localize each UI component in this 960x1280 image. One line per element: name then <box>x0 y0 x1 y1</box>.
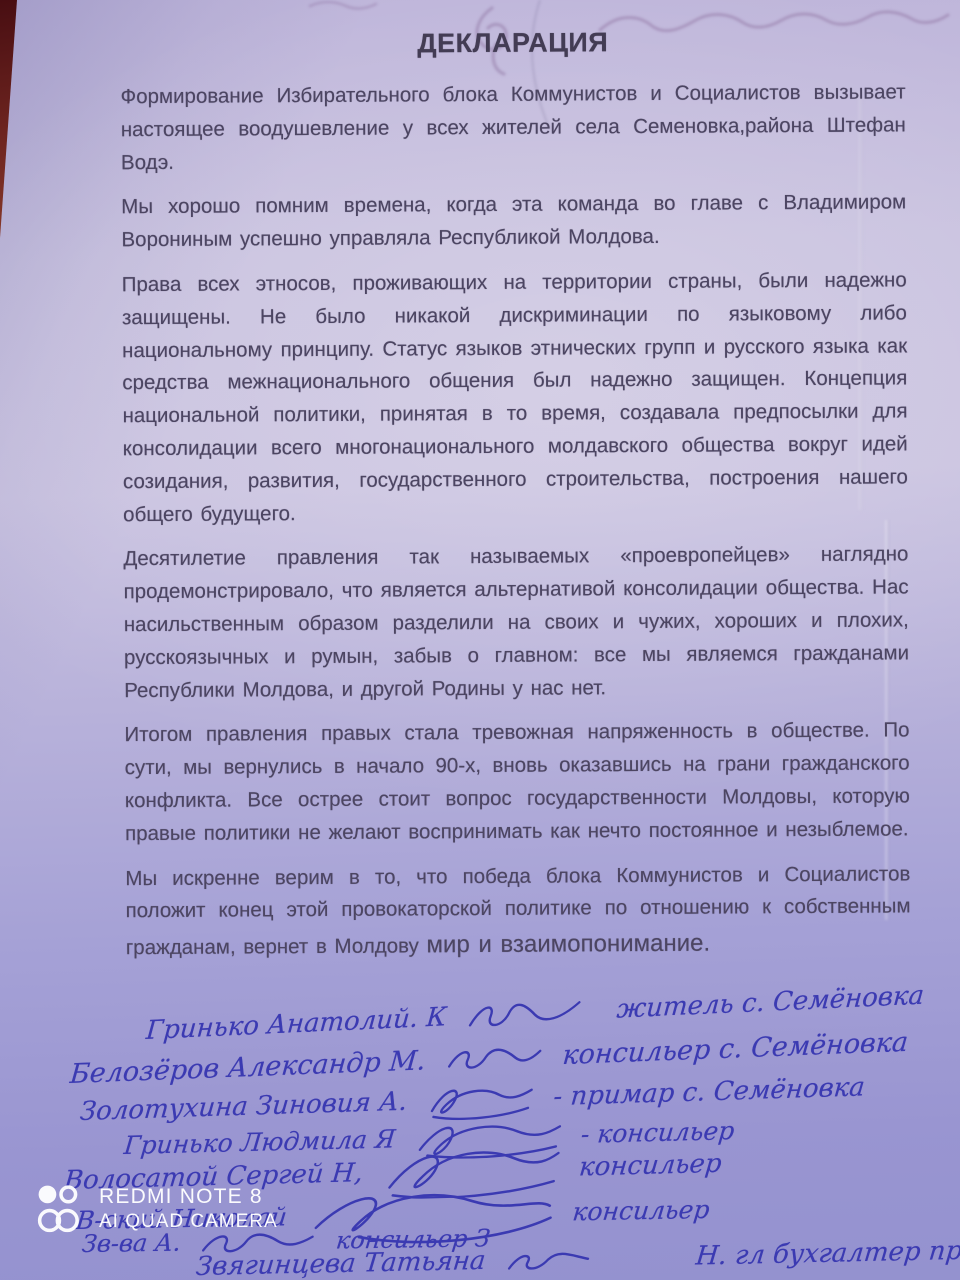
signer-role: житель с. Семёновка <box>616 981 926 1025</box>
signer-role: консильер <box>571 1194 711 1225</box>
document-body: ДЕКЛАРАЦИЯ Формирование Избирательного б… <box>0 0 960 979</box>
signer-role: Н. гл бухгалтер при <box>694 1236 960 1272</box>
paragraph: Итогом правления правых стала тревожная … <box>124 715 910 851</box>
signature-stroke <box>424 1080 537 1122</box>
signature-stroke <box>502 1245 595 1277</box>
signature-stroke <box>463 994 586 1036</box>
paragraph: Мы хорошо помним времена, когда эта кома… <box>121 187 906 257</box>
paragraph: Мы искренне верим в то, что победа блока… <box>125 858 911 967</box>
quad-camera-logo-icon <box>36 1184 86 1234</box>
photographed-document: ДЕКЛАРАЦИЯ Формирование Избирательного б… <box>0 0 960 1280</box>
emphasized-text: мир и взаимопонимание. <box>426 930 710 959</box>
signer-role: консильер с. Семёновка <box>561 1026 909 1070</box>
signer-name: Звягинцева Татьяна <box>195 1246 487 1280</box>
camera-watermark: REDMI NOTE 8 AI QUAD CAMERA <box>36 1184 278 1234</box>
signer-role: консильер <box>578 1149 723 1183</box>
document-title: ДЕКЛАРАЦИЯ <box>120 25 905 61</box>
paragraph: Десятилетие правления так называемых «пр… <box>123 539 909 708</box>
paragraph: Права всех этносов, проживающих на терри… <box>122 264 909 531</box>
paragraph: Формирование Избирательного блока Коммун… <box>120 76 906 179</box>
watermark-line-1: REDMI NOTE 8 <box>99 1184 278 1209</box>
signature-stroke <box>443 1039 546 1079</box>
watermark-line-2: AI QUAD CAMERA <box>99 1209 278 1234</box>
signer-name: Гринько Анатолий. К <box>145 1002 448 1046</box>
signer-name: Белозёров Александр М. <box>69 1045 427 1090</box>
signer-role: - примар с. Семёновка <box>552 1072 866 1112</box>
